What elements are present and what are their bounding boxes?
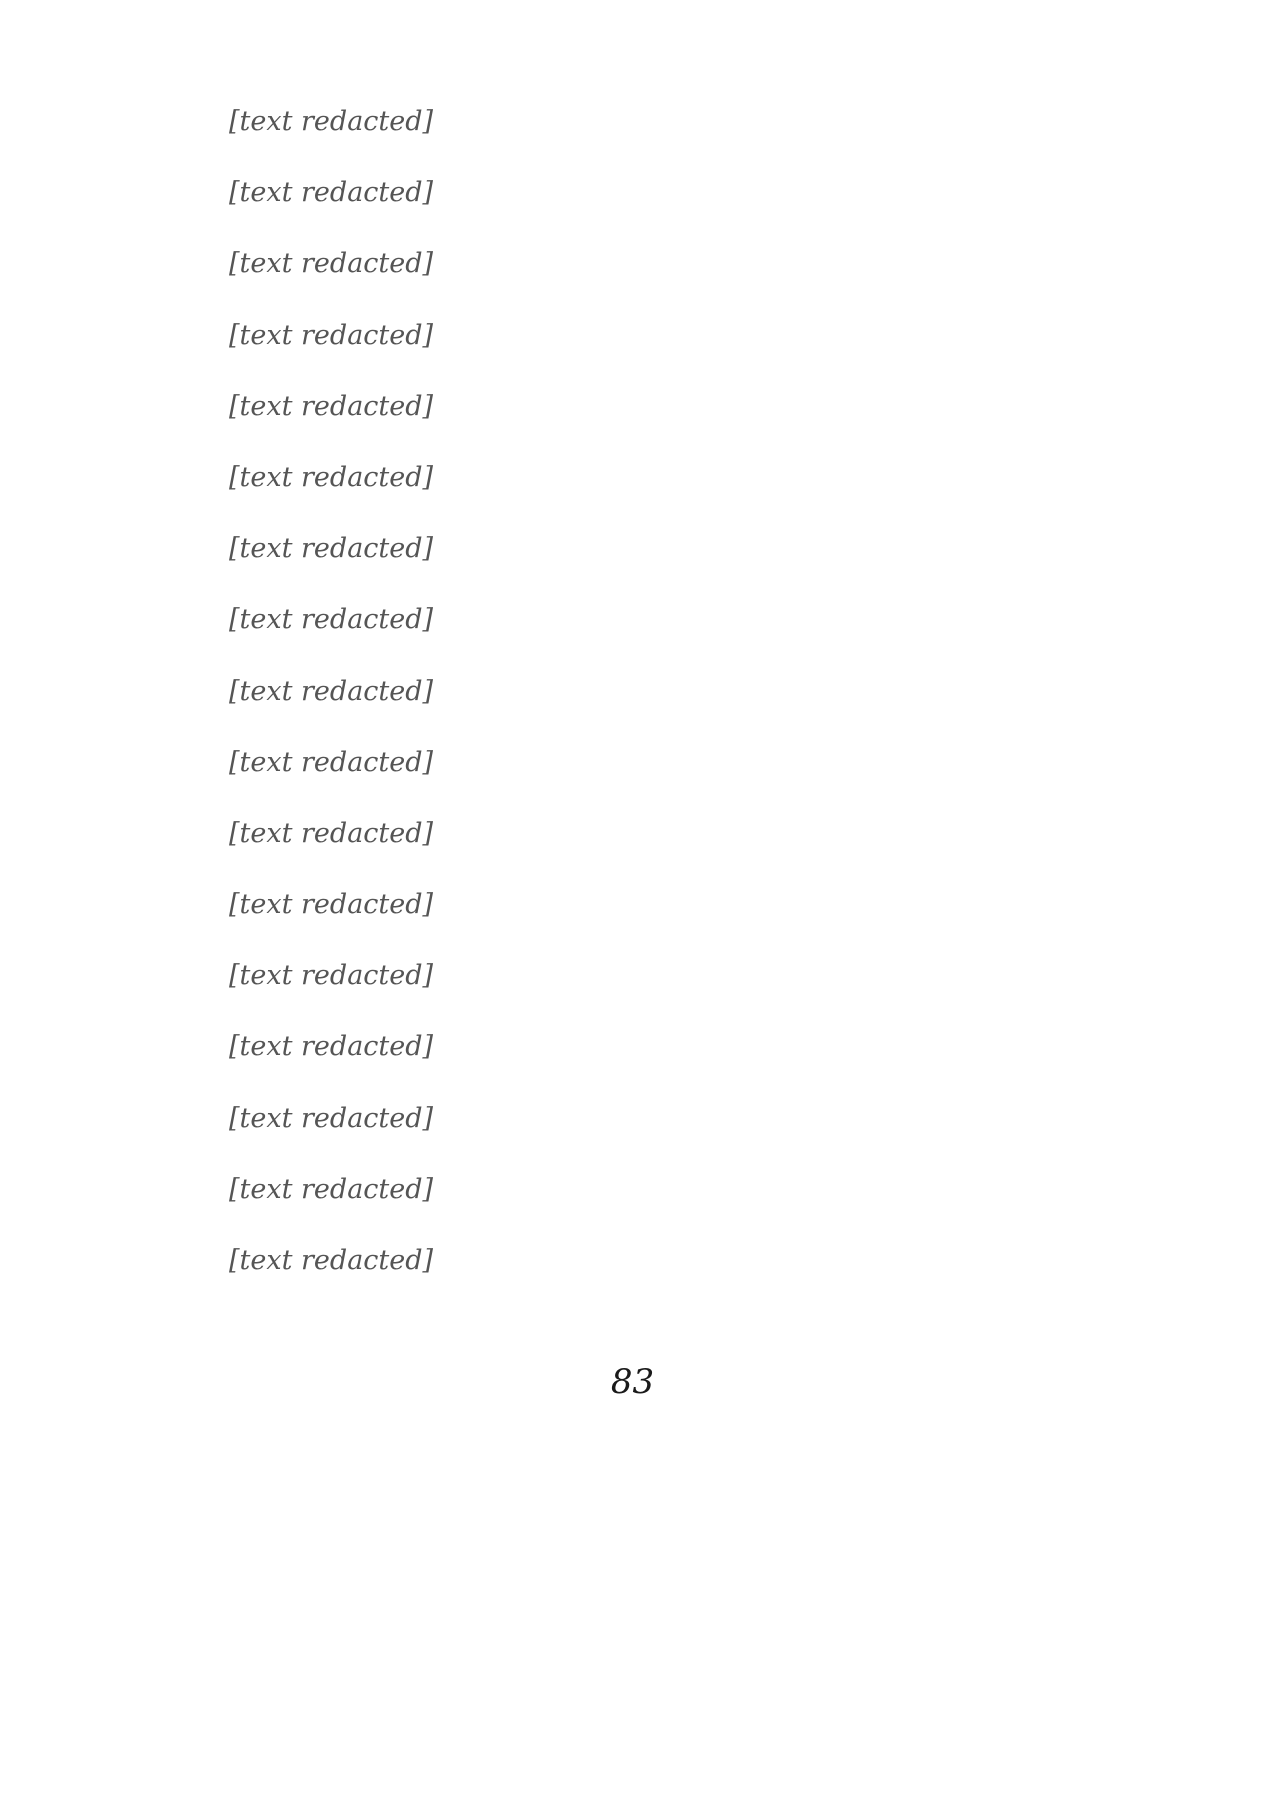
paragraph: [text redacted] xyxy=(175,883,1090,926)
paragraph: [text redacted] xyxy=(175,527,1090,570)
paragraph: [text redacted] xyxy=(175,314,1090,357)
paragraph: [text redacted] xyxy=(175,1025,1090,1068)
paragraph: [text redacted] xyxy=(175,1097,1090,1140)
document-page: [text redacted][text redacted][text reda… xyxy=(0,0,1280,1816)
paragraph: [text redacted] xyxy=(175,1168,1090,1211)
paragraph: [text redacted] xyxy=(175,812,1090,855)
paragraph: [text redacted] xyxy=(175,385,1090,428)
text-block: [text redacted][text redacted][text reda… xyxy=(175,100,1090,1282)
paragraph: [text redacted] xyxy=(175,456,1090,499)
paragraph: [text redacted] xyxy=(175,598,1090,641)
paragraph: [text redacted] xyxy=(175,670,1090,713)
paragraph: [text redacted] xyxy=(175,1239,1090,1282)
paragraph: [text redacted] xyxy=(175,954,1090,997)
page-number: 83 xyxy=(175,1362,1090,1402)
paragraph: [text redacted] xyxy=(175,242,1090,285)
paragraph: [text redacted] xyxy=(175,171,1090,214)
paragraph: [text redacted] xyxy=(175,741,1090,784)
paragraph: [text redacted] xyxy=(175,100,1090,143)
